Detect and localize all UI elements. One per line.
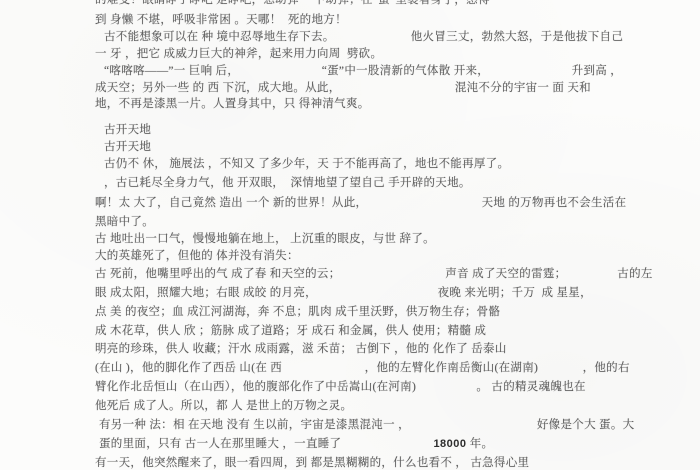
text-line: 到 身懒 不堪，呼吸非常困 。天哪！ 死的地方！ (95, 13, 347, 27)
text-line: 蛋的里面，只有 古一人在那里睡大 ，一直睡了 18000 年。 (99, 437, 493, 451)
text-line: 点 美 的夜空；血 成江河湖海，奔 不息；肌肉 成千里沃野，供万物生存；骨骼 (95, 305, 500, 319)
year-number: 18000 (433, 438, 466, 450)
text-line: 成天空；另外一些 的 西 下沉，成大地。从此， 混沌不分的宇宙一 面 天和 (95, 81, 591, 95)
text-line: 黑暗中了。 (95, 215, 154, 229)
text-line: 有另一种 法：相 在天地 没有 生以前，宇宙是漆黑混沌一 ， 好像是个大 蛋。大 (99, 418, 634, 432)
text-line: 眼 成太阳，照耀大地；右眼 成皎 的月亮， 夜晚 来光明；千万 成 星星， (95, 286, 592, 300)
text-line: 古 地吐出一口气，慢慢地躺在地上， 上沉重的眼皮，与世 辞了。 (95, 232, 435, 246)
scanned-document-page: 的难受！眼睛睁了睁吧 是睁吧，想动弹 一下动弹；在“蛋”里裹着身子，憋得 到 身… (0, 0, 700, 470)
text-line: 地，不再是漆黑一片。人置身其中，只 得神清气爽。 (95, 97, 370, 111)
text-line: 古仍不 休， 施展法 ，不知又 了多少年，天 于不能再高了，地也不能再厚了。 (104, 157, 509, 171)
text-line: 古不能想象可以在 种 境中忍辱地生存下去。 他火冒三丈，勃然大怒，于是他拔下自己 (104, 30, 623, 44)
text-segment: 年。 (467, 438, 494, 450)
text-segment: 蛋的里面，只有 古一人在那里睡大 ，一直睡了 (99, 438, 433, 450)
text-line: 他死后 成了人。所以，都 人 是世上的万物之灵。 (95, 399, 352, 413)
text-line: 大的英雄死了，但他的 体并没有消失： (95, 249, 299, 263)
text-line: 成 木花草，供人 欣 ；筋脉 成了道路；牙 成石 和金属，供人 使用；精髓 成 (95, 324, 486, 338)
text-line: 啊！太 大了，自己竟然 造出 一个 新的世界！从此， 天地 的万物再也不会生活在 (95, 196, 626, 210)
text-line: “喀喀喀——”一 巨响 后， “蛋”中一股清新的气体散 开来， 升到高 ， (104, 64, 622, 78)
text-line: 臂化作北岳恒山（在山西），他的腹部化作了中岳嵩山(在河南) 。 古的精灵魂魄也在 (95, 380, 586, 394)
heading-line: 古开天地 (104, 140, 151, 154)
text-line: 古 死前，他嘴里呼出的气 成了春 和天空的云； 声音 成了天空的雷霆； 古的左 (95, 267, 653, 281)
text-line: ，古已耗尽全身力气，他 开双眼， 深情地望了望自己 手开辟的天地。 (104, 176, 471, 190)
text-line-clipped: 的难受！眼睛睁了睁吧 是睁吧，想动弹 一下动弹；在“蛋”里裹着身子，憋得 (95, 0, 490, 7)
text-line: (在山 )，他的脚化作了西岳 山(在 西 ，他的左臂化作南岳衡山(在湖南) ，他… (95, 361, 630, 375)
heading-line: 古开天地 (104, 123, 151, 137)
text-line: 有一天，他突然醒来了，眼一看四周，到 都是黑糊糊的，什么也看不 ， 古急得心里 (95, 456, 529, 470)
text-line: 明亮的珍珠，供人 收藏；汗水 成雨露，滋 禾苗； 古倒下 ，他的 化作了 岳泰山 (95, 342, 507, 356)
text-line: 一 牙 ，把它 成威力巨大的神斧，起来用力向周 劈砍。 (95, 47, 382, 61)
